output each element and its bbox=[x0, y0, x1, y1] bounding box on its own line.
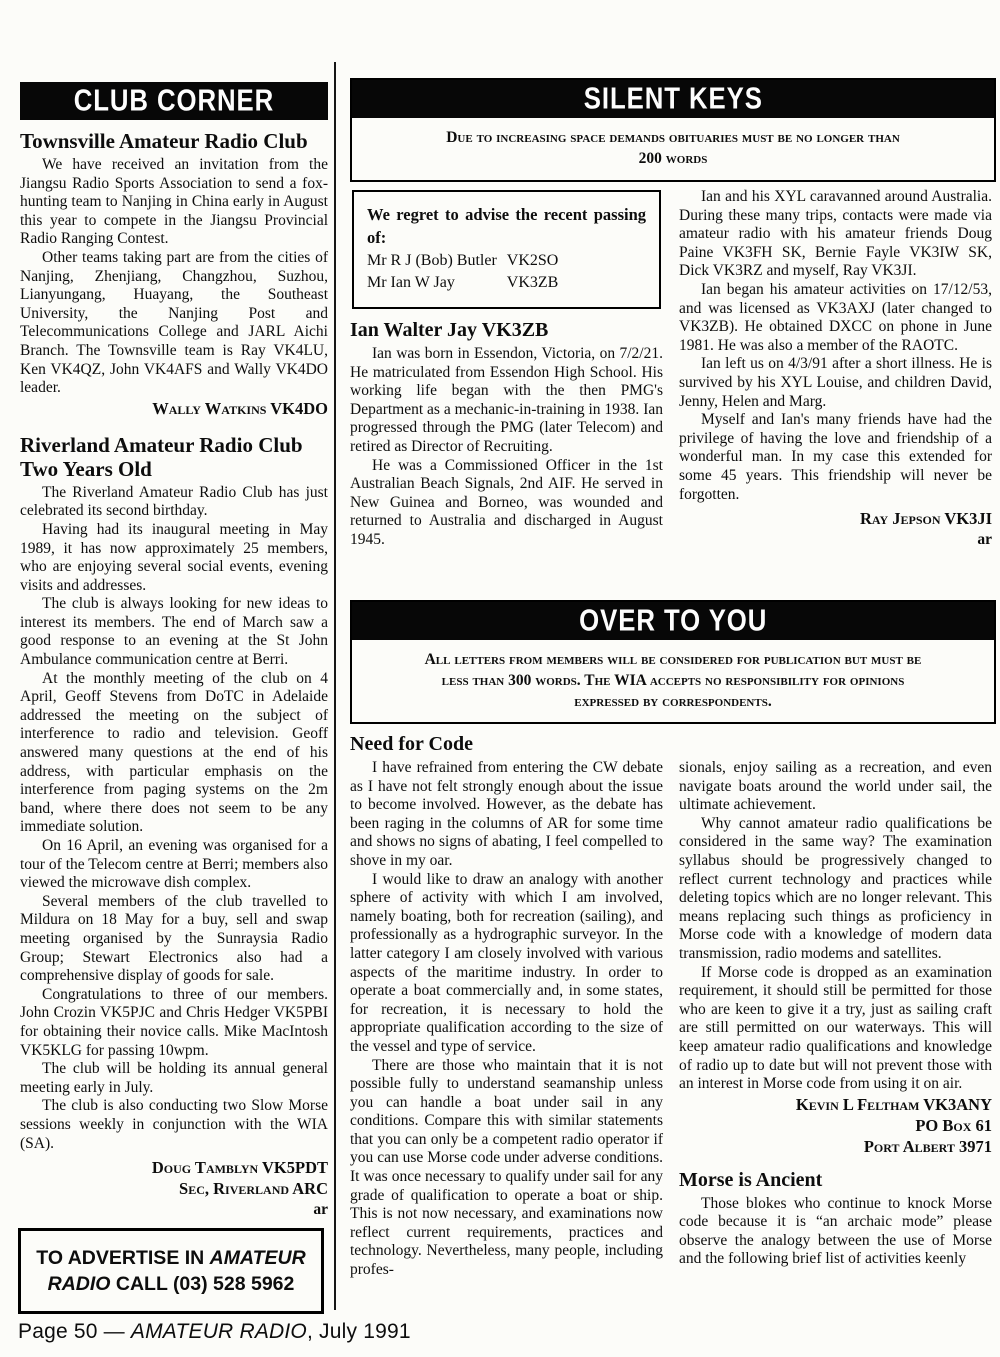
paragraph: Myself and Ian's many friends have had t… bbox=[679, 411, 992, 504]
deceased-callsign: VK2SO bbox=[507, 250, 646, 272]
paragraph: Ian was born in Essendon, Victoria, on 7… bbox=[350, 345, 663, 457]
passing-notice-title: We regret to advise the recent passing o… bbox=[367, 203, 646, 249]
paragraph: Several members of the club travelled to… bbox=[20, 893, 328, 986]
signature-line: Kevin L Feltham VK3ANY bbox=[679, 1094, 992, 1115]
silent-keys-right-column: Ian and his XYL caravanned around Austra… bbox=[679, 188, 992, 550]
paragraph: The Riverland Amateur Radio Club has jus… bbox=[20, 484, 328, 521]
paragraph: There are those who maintain that it is … bbox=[350, 1057, 663, 1280]
paragraph: On 16 April, an evening was organised fo… bbox=[20, 837, 328, 893]
silent-keys-left-column: We regret to advise the recent passing o… bbox=[350, 188, 663, 550]
paragraph: Ian left us on 4/3/91 after a short illn… bbox=[679, 355, 992, 411]
deceased-name: Mr R J (Bob) Butler bbox=[367, 250, 497, 272]
obituary-title: Ian Walter Jay VK3ZB bbox=[350, 319, 663, 342]
paragraph: Those blokes who continue to knock Morse… bbox=[679, 1195, 992, 1269]
over-to-you-left-column: Need for Code I have refrained from ente… bbox=[350, 733, 663, 1280]
page-footer: Page 50 — AMATEUR RADIO, July 1991 bbox=[18, 1320, 411, 1344]
paragraph: I have refrained from entering the CW de… bbox=[350, 759, 663, 871]
over-to-you-right-column: sionals, enjoy sailing as a recreation, … bbox=[679, 733, 992, 1280]
article-title: Townsville Amateur Radio Club bbox=[20, 129, 328, 153]
silent-keys-notice: Due to increasing space demands obituari… bbox=[352, 118, 994, 180]
passing-notice-box: We regret to advise the recent passing o… bbox=[352, 190, 661, 309]
silent-keys-header-box: SILENT KEYS Due to increasing space dema… bbox=[350, 78, 996, 182]
passing-notice-entries: Mr R J (Bob) Butler VK2SO Mr Ian W Jay V… bbox=[367, 250, 646, 294]
footer-magazine-name: AMATEUR RADIO bbox=[131, 1320, 307, 1343]
advertise-box: TO ADVERTISE IN AMATEUR RADIO CALL (03) … bbox=[18, 1228, 324, 1314]
paragraph: The club will be holding its annual gene… bbox=[20, 1060, 328, 1097]
footer-date: , July 1991 bbox=[307, 1320, 411, 1343]
club-corner-header-bar: CLUB CORNER bbox=[20, 82, 328, 120]
club-corner-title: CLUB CORNER bbox=[74, 84, 274, 119]
paragraph: Why cannot amateur radio qualifications … bbox=[679, 815, 992, 964]
column-divider-rule bbox=[334, 62, 336, 1310]
silent-keys-header-bar: SILENT KEYS bbox=[352, 80, 994, 118]
paragraph: The club is also conducting two Slow Mor… bbox=[20, 1097, 328, 1153]
paragraph: Having had its inaugural meeting in May … bbox=[20, 521, 328, 595]
paragraph: I would like to draw an analogy with ano… bbox=[350, 871, 663, 1057]
signature-line: Wally Watkins VK4DO bbox=[20, 398, 328, 419]
paragraph: Ian began his amateur activities on 17/1… bbox=[679, 281, 992, 355]
footer-page-number: Page 50 — bbox=[18, 1320, 131, 1343]
signature-end-mark: ar bbox=[679, 529, 992, 550]
over-to-you-header-box: OVER TO YOU All letters from members wil… bbox=[350, 600, 996, 724]
paragraph: Ian and his XYL caravanned around Austra… bbox=[679, 188, 992, 281]
paragraph: sionals, enjoy sailing as a recreation, … bbox=[679, 759, 992, 815]
magazine-page: CLUB CORNER Townsville Amateur Radio Clu… bbox=[0, 0, 1000, 1357]
club-corner-section: CLUB CORNER Townsville Amateur Radio Clu… bbox=[20, 82, 328, 1220]
deceased-callsign: VK3ZB bbox=[507, 272, 646, 294]
silent-keys-title: SILENT KEYS bbox=[583, 82, 762, 117]
paragraph: At the monthly meeting of the club on 4 … bbox=[20, 670, 328, 837]
signature-line: Sec, Riverland ARC bbox=[20, 1178, 328, 1199]
signature-end-mark: ar bbox=[20, 1199, 328, 1220]
silent-keys-columns: We regret to advise the recent passing o… bbox=[350, 188, 992, 550]
signature-line: Port Albert 3971 bbox=[679, 1136, 992, 1157]
signature-line: PO Box 61 bbox=[679, 1115, 992, 1136]
over-to-you-columns: Need for Code I have refrained from ente… bbox=[350, 733, 992, 1280]
over-to-you-notice: All letters from members will be conside… bbox=[352, 640, 994, 722]
over-to-you-title: OVER TO YOU bbox=[579, 604, 767, 639]
deceased-name: Mr Ian W Jay bbox=[367, 272, 497, 294]
paragraph: Other teams taking part are from the cit… bbox=[20, 249, 328, 398]
paragraph: He was a Commissioned Officer in the 1st… bbox=[350, 457, 663, 550]
signature-line: Doug Tamblyn VK5PDT bbox=[20, 1157, 328, 1178]
over-to-you-header-bar: OVER TO YOU bbox=[352, 602, 994, 640]
paragraph: The club is always looking for new ideas… bbox=[20, 595, 328, 669]
letter-title: Morse is Ancient bbox=[679, 1169, 992, 1192]
paragraph: We have received an invitation from the … bbox=[20, 156, 328, 249]
article-townsville: Townsville Amateur Radio Club We have re… bbox=[20, 129, 328, 419]
paragraph: Congratulations to three of our members.… bbox=[20, 986, 328, 1060]
ad-text-prefix: TO ADVERTISE IN bbox=[36, 1247, 209, 1269]
article-title: Riverland Amateur Radio Club Two Years O… bbox=[20, 433, 328, 481]
article-riverland: Riverland Amateur Radio Club Two Years O… bbox=[20, 433, 328, 1220]
paragraph: If Morse code is dropped as an examinati… bbox=[679, 964, 992, 1094]
ad-text-suffix: CALL (03) 528 5962 bbox=[110, 1273, 294, 1295]
letter-title: Need for Code bbox=[350, 733, 663, 756]
signature-line: Ray Jepson VK3JI bbox=[679, 508, 992, 529]
